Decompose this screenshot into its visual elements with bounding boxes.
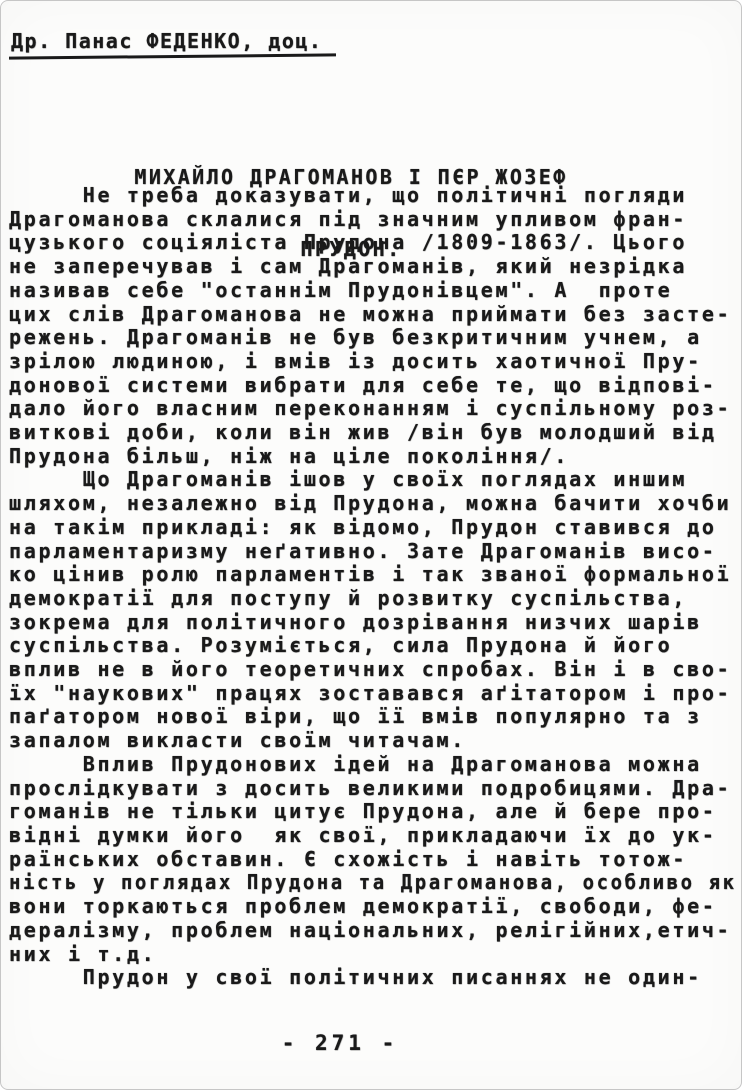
document-body: Не треба доказувати, що політичні погляд… xyxy=(9,184,737,990)
text-line: дало його власним переконанням і суспіль… xyxy=(9,397,737,421)
text-line: гоманів не тільки цитує Прудона, але й б… xyxy=(9,800,737,824)
text-line: шляхом, незалежно від Прудона, можна бач… xyxy=(9,492,737,516)
text-line: ність у поглядах Прудона та Драгоманова,… xyxy=(9,871,700,895)
text-line: зрілою людиною, і вмів із досить хаотичн… xyxy=(9,350,737,374)
text-line: на такім прикладі: як відомо, Прудон ста… xyxy=(9,516,737,540)
text-line: зокрема для політичного дозрівання низчи… xyxy=(9,611,737,635)
text-line: них і т.д. xyxy=(9,943,737,967)
paragraph-1: Не треба доказувати, що політичні погляд… xyxy=(9,184,737,468)
text-line: демократії для поступу й розвитку суспіл… xyxy=(9,587,737,611)
text-line: не заперечував і сам Драгоманів, який не… xyxy=(9,255,737,279)
text-line: раїнських обставин. Є схожість і навіть … xyxy=(9,848,737,872)
text-line: суспільства. Розуміється, сила Прудона й… xyxy=(9,634,737,658)
scanned-document-page: Др. Панас ФЕДЕНКО, доц. МИХАЙЛО ДРАГОМАН… xyxy=(0,0,742,1090)
text-line: Вплив Прудонових ідей на Драгоманова мож… xyxy=(9,753,737,777)
author-line: Др. Панас ФЕДЕНКО, доц. xyxy=(11,29,322,53)
text-line: називав себе "останнім Прудонівцем". А п… xyxy=(9,279,737,303)
text-line: дералізму, проблем національних, релігій… xyxy=(9,919,737,943)
paragraph-3: Вплив Прудонових ідей на Драгоманова мож… xyxy=(9,753,737,966)
text-line: цузького соціяліста Прудона /1809-1863/.… xyxy=(9,231,737,255)
text-line: Що Драгоманів ішов у своїх поглядах инши… xyxy=(9,468,737,492)
text-line: запалом викласти своїм читачам. xyxy=(9,729,737,753)
text-line: цих слів Драгоманова не можна приймати б… xyxy=(9,303,737,327)
paragraph-4: Прудон у свої політичних писаннях не оди… xyxy=(9,966,737,990)
text-line: Не треба доказувати, що політичні погляд… xyxy=(9,184,737,208)
text-line: виткові доби, коли він жив /він був моло… xyxy=(9,421,737,445)
text-line: паґатором нової віри, що її вмів популяр… xyxy=(9,705,737,729)
text-line: Прудона більш, ніж на ціле покоління/. xyxy=(9,445,737,469)
text-line: Драгоманова склалися під значним упливом… xyxy=(9,208,737,232)
text-line: ко цінив ролю парламентів і так званої ф… xyxy=(9,563,737,587)
text-line: режень. Драгоманів не був безкритичним у… xyxy=(9,326,737,350)
text-line: вони торкаються проблем демократії, своб… xyxy=(9,895,737,919)
text-line: прослідкувати з досить великими подробиц… xyxy=(9,777,737,801)
text-line: парламентаризму неґативно. Зате Драгоман… xyxy=(9,540,737,564)
page-number: - 271 - xyxy=(1,1031,679,1055)
text-line: відні думки його як свої, прикладаючи їх… xyxy=(9,824,737,848)
paragraph-2: Що Драгоманів ішов у своїх поглядах инши… xyxy=(9,468,737,752)
text-line: вплив не в його теоретичних спробах. Він… xyxy=(9,658,737,682)
text-line: їх "наукових" працях зоставався аґітатор… xyxy=(9,682,737,706)
text-line: Прудон у свої політичних писаннях не оди… xyxy=(9,966,737,990)
text-line: донової системи вибрати для себе те, що … xyxy=(9,374,737,398)
